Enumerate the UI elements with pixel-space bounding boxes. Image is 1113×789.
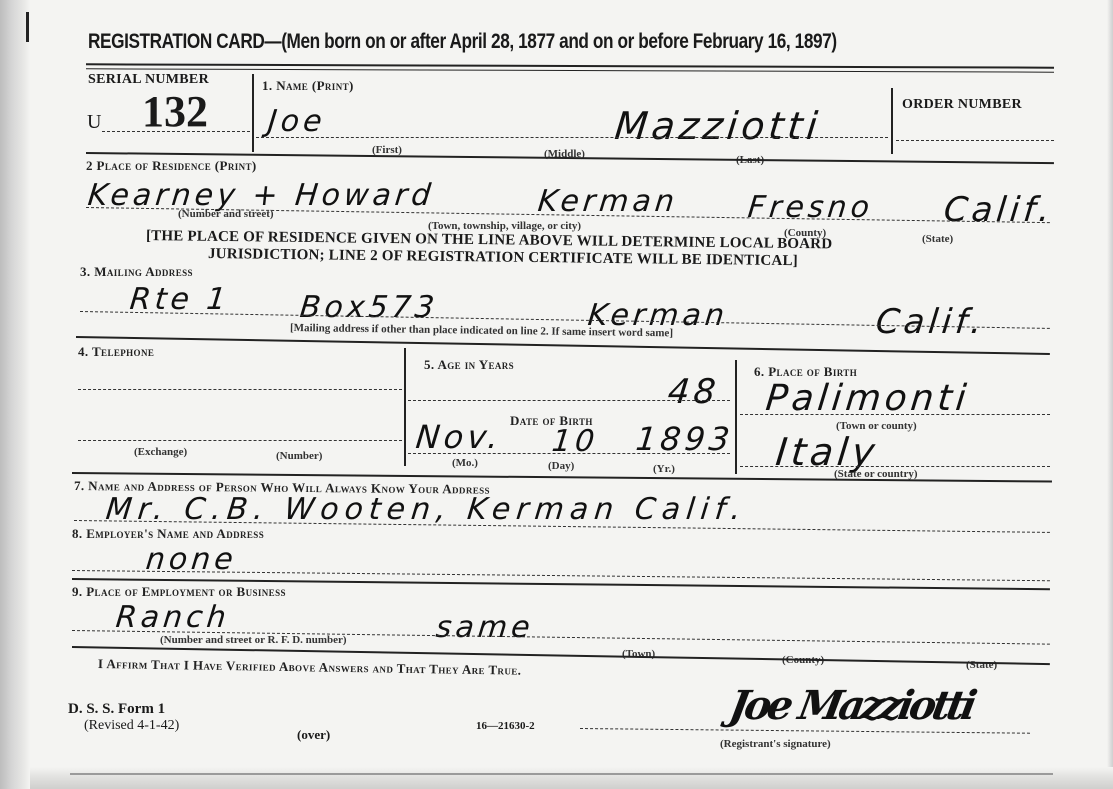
caption-year: (Yr.): [653, 463, 675, 475]
telephone-divider: [404, 348, 406, 466]
order-divider: [891, 88, 893, 154]
form-number: D. S. S. Form 1: [68, 701, 165, 718]
caption-employment-town: (Town): [622, 648, 655, 660]
age-line: [408, 400, 730, 401]
card-title: REGISTRATION CARD—(Men born on or after …: [88, 30, 837, 54]
scan-left-edge: [0, 0, 30, 789]
telephone-label: 4. Telephone: [78, 344, 154, 360]
caption-town: (Town, township, village, or city): [428, 220, 581, 232]
form-revised: (Revised 4-1-42): [84, 718, 179, 734]
caption-street: (Number and street): [178, 208, 274, 220]
registrant-signature[interactable]: Joe Mazziotti: [726, 682, 977, 729]
caption-day: (Day): [548, 460, 574, 472]
serial-prefix: U: [87, 111, 101, 134]
residence-state[interactable]: Calif.: [942, 190, 1056, 230]
age-label: 5. Age in Years: [424, 357, 514, 373]
birthplace-line-2: [740, 466, 1050, 467]
dob-line: [408, 453, 730, 454]
employment-label: 9. Place of Employment or Business: [72, 584, 286, 600]
scan-right-edge: [1107, 0, 1113, 789]
residence-label: 2 Place of Residence (Print): [86, 158, 257, 174]
telephone-line-2: [78, 440, 402, 441]
employment-town[interactable]: same: [434, 610, 535, 645]
scan-bottom-edge: [30, 767, 1113, 789]
age-divider: [735, 360, 737, 474]
order-number-label: ORDER NUMBER: [902, 97, 1022, 113]
name-last[interactable]: Mazziotti: [613, 104, 824, 148]
over-note: (over): [297, 727, 330, 743]
employer-label: 8. Employer's Name and Address: [72, 526, 264, 542]
age-value[interactable]: 48: [666, 372, 721, 412]
birthplace-line-1: [740, 414, 1050, 415]
name-line: [256, 137, 888, 138]
name-label: 1. Name (Print): [262, 78, 354, 94]
title-rule-2: [86, 68, 1054, 72]
serial-divider: [252, 74, 254, 152]
serial-number-value: 132: [142, 86, 208, 137]
telephone-line-1: [78, 389, 402, 390]
employment-street[interactable]: Ranch: [114, 600, 231, 635]
name-first[interactable]: Joe: [266, 104, 327, 139]
affirmation-text: I Affirm That I Have Verified Above Answ…: [98, 656, 522, 679]
caption-employment-street: (Number and street or R. F. D. number): [160, 634, 347, 646]
birthplace-town[interactable]: Palimonti: [764, 378, 972, 419]
caption-exchange: (Exchange): [134, 446, 187, 458]
signature-caption: (Registrant's signature): [720, 738, 831, 750]
caption-month: (Mo.): [452, 457, 478, 469]
mailing-label: 3. Mailing Address: [80, 264, 193, 280]
order-number-line: [896, 140, 1054, 141]
mailing-part2[interactable]: Box573: [298, 290, 440, 325]
mailing-part4[interactable]: Calif.: [874, 302, 988, 342]
form-code: 16—21630-2: [476, 720, 535, 732]
dob-month[interactable]: Nov.: [414, 418, 504, 456]
caption-state: (State): [922, 233, 953, 245]
caption-number: (Number): [276, 450, 322, 462]
